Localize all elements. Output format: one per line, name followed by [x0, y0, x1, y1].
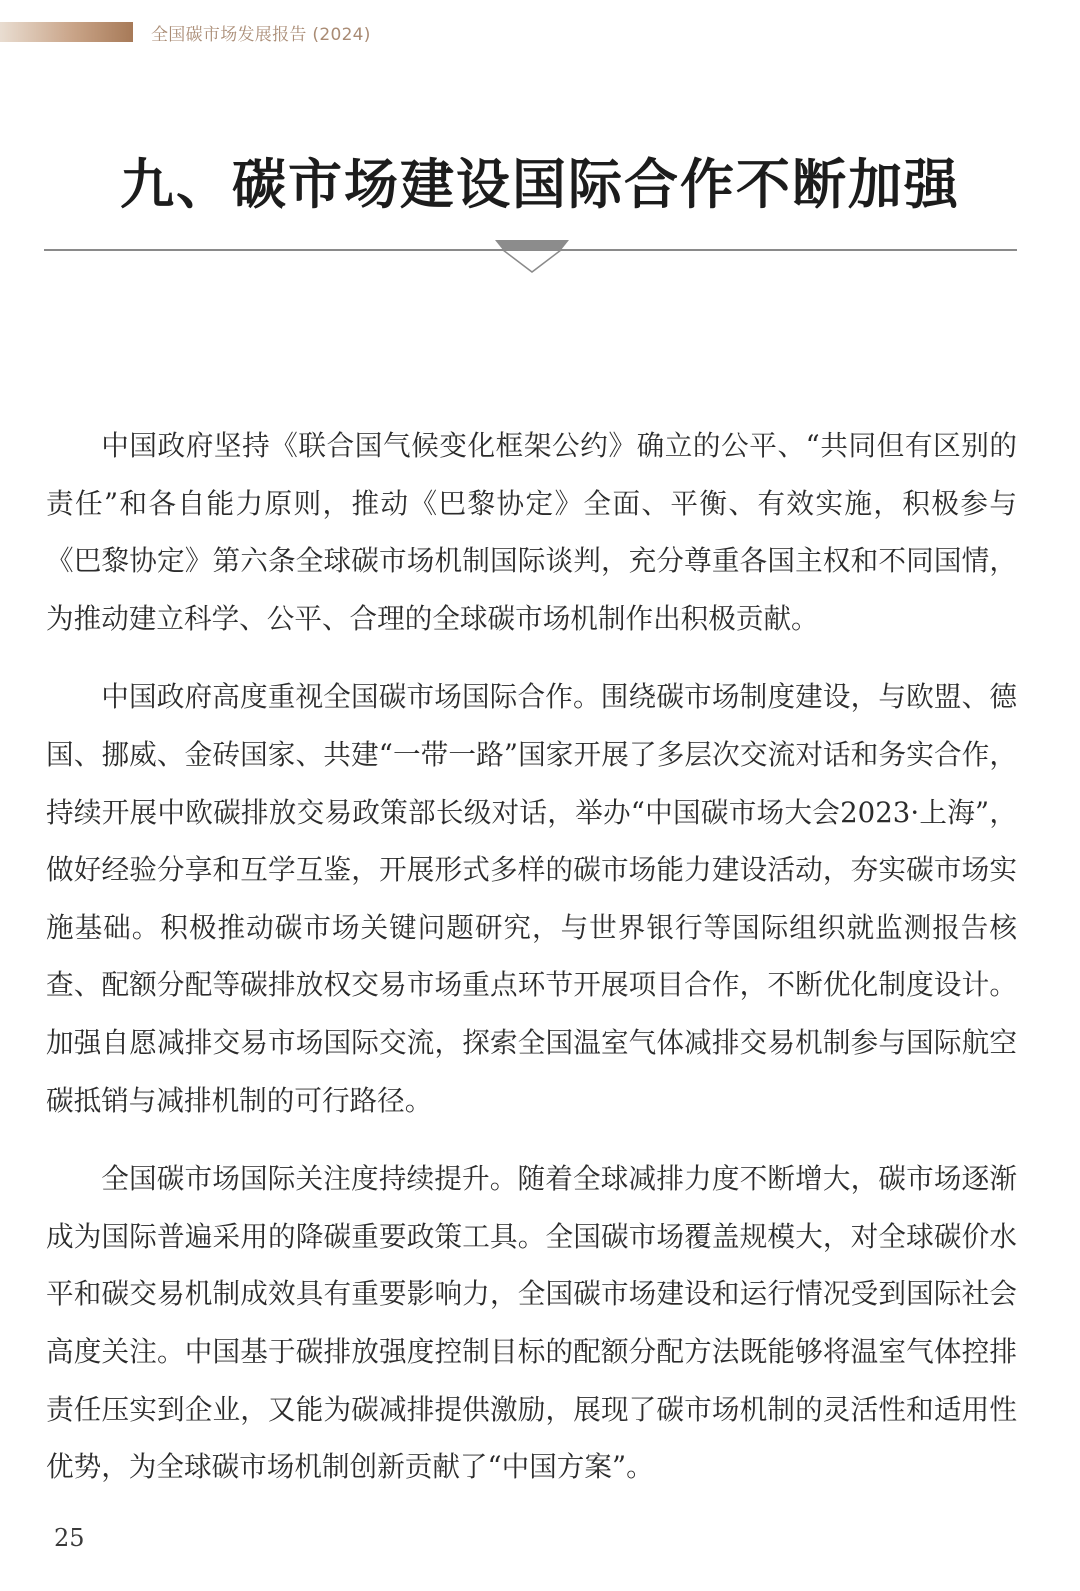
running-header: 全国碳市场发展报告 (2024): [0, 22, 371, 42]
paragraph: 全国碳市场国际关注度持续提升。随着全球减排力度不断增大，碳市场逐渐成为国际普遍采…: [46, 1150, 1017, 1496]
triangle-ornament-icon: [495, 239, 569, 273]
body-text: 中国政府坚持《联合国气候变化框架公约》确立的公平、“共同但有区别的责任”和各自能…: [46, 417, 1017, 1517]
paragraph: 中国政府高度重视全国碳市场国际合作。围绕碳市场制度建设，与欧盟、德国、挪威、金砖…: [46, 668, 1017, 1129]
header-accent-bar: [0, 22, 133, 42]
chapter-title: 九、碳市场建设国际合作不断加强: [0, 142, 1080, 219]
paragraph: 中国政府坚持《联合国气候变化框架公约》确立的公平、“共同但有区别的责任”和各自能…: [46, 417, 1017, 647]
running-title: 全国碳市场发展报告 (2024): [151, 20, 371, 45]
page-number: 25: [54, 1524, 85, 1552]
